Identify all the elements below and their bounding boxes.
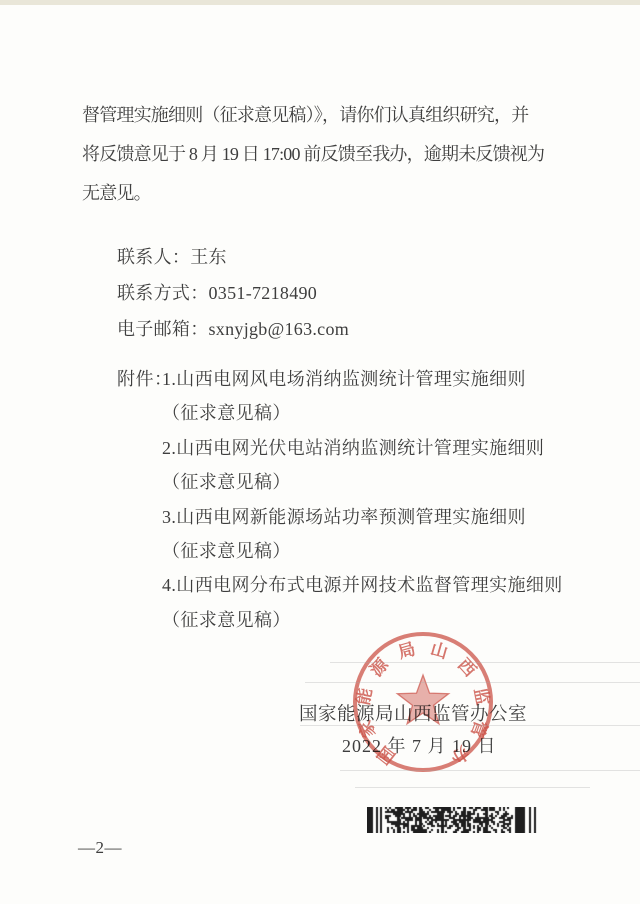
scan-artifact-line	[305, 682, 640, 683]
svg-text:能: 能	[353, 686, 376, 707]
official-seal: 国家能源局山西监管办	[347, 626, 499, 778]
contact-phone-line: 联系方式：0351-7218490	[117, 275, 349, 311]
scan-artifact-line	[340, 770, 640, 771]
scan-artifact-line	[330, 662, 640, 663]
svg-text:山: 山	[428, 639, 450, 662]
paragraph-line: 督管理实施细则（征求意见稿）》，请你们认真组织研究，并	[82, 96, 544, 135]
contact-email-line: 电子邮箱：sxnyjgb@163.com	[117, 311, 349, 347]
scan-artifact-line	[355, 787, 590, 788]
attachment-line: 3.山西电网新能源场站功率预测管理实施细则	[162, 500, 563, 534]
attachment-line: 1.山西电网风电场消纳监测统计管理实施细则	[162, 362, 563, 396]
body-paragraph: 督管理实施细则（征求意见稿）》，请你们认真组织研究，并 将反馈意见于 8 月 1…	[82, 96, 544, 213]
attachment-subtitle-line: （征求意见稿）	[162, 465, 563, 499]
attachment-subtitle-line: （征求意见稿）	[162, 396, 563, 430]
barcode	[367, 807, 547, 833]
svg-text:局: 局	[396, 639, 418, 662]
contact-person-line: 联系人：王东	[117, 239, 349, 275]
scan-edge-strip	[0, 0, 640, 5]
attachments-list: 1.山西电网风电场消纳监测统计管理实施细则 （征求意见稿） 2.山西电网光伏电站…	[162, 362, 563, 637]
scan-artifact-line	[300, 725, 640, 726]
page-number: —2—	[78, 838, 122, 858]
paragraph-line: 将反馈意见于 8 月 19 日 17:00 前反馈至我办，逾期未反馈视为	[82, 135, 544, 174]
attachment-subtitle-line: （征求意见稿）	[162, 534, 563, 568]
attachment-line: 2.山西电网光伏电站消纳监测统计管理实施细则	[162, 431, 563, 465]
paragraph-line: 无意见。	[82, 174, 544, 213]
attachment-line: 4.山西电网分布式电源并网技术监督管理实施细则	[162, 568, 563, 602]
contact-block: 联系人：王东 联系方式：0351-7218490 电子邮箱：sxnyjgb@16…	[117, 239, 349, 347]
